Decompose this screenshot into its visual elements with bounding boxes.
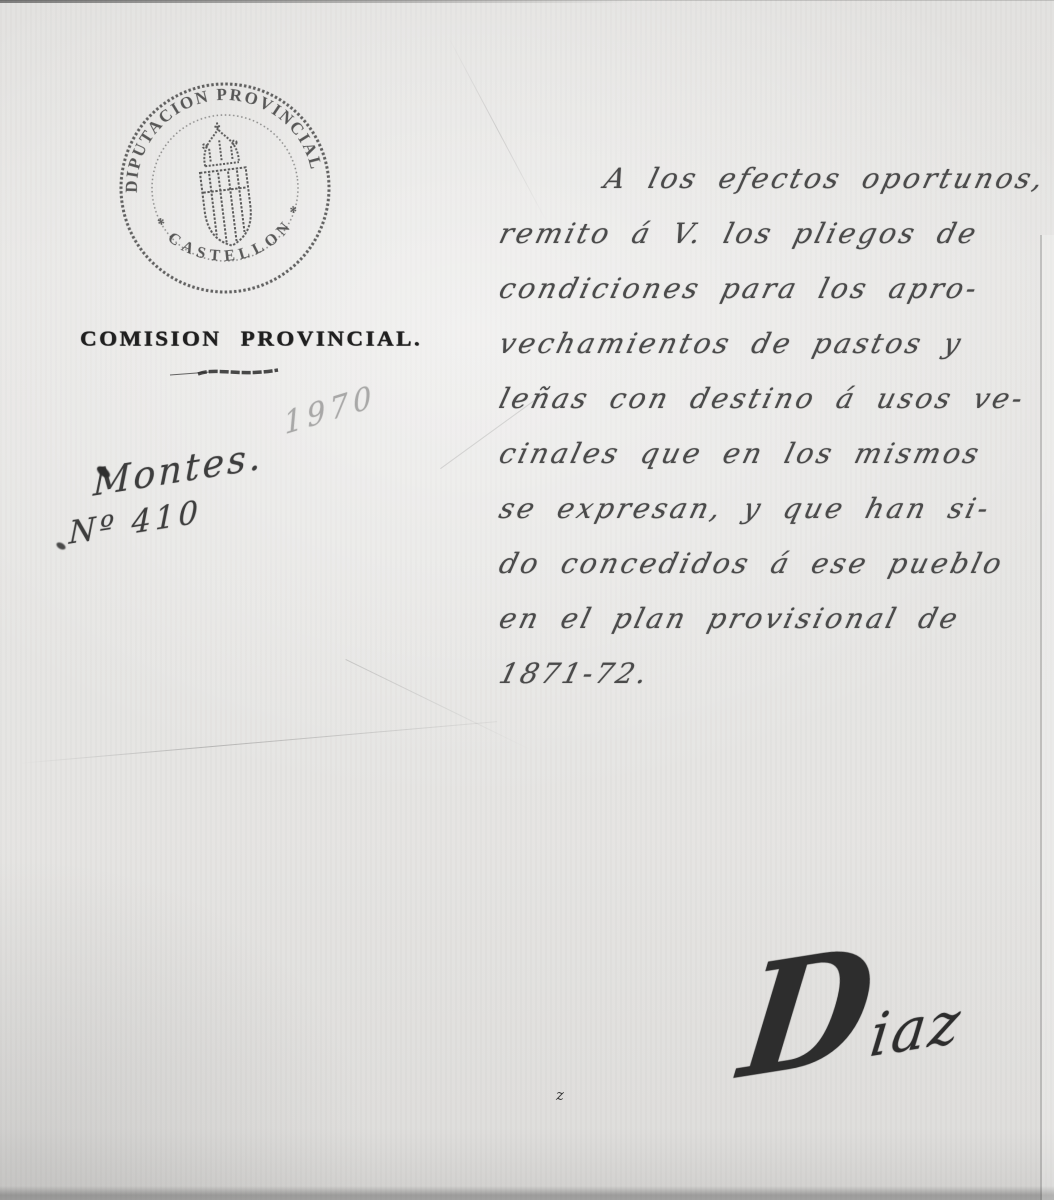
body-line: condiciones para los apro- (500, 272, 1045, 327)
svg-text:* CASTELLON *: * CASTELLON * (148, 197, 313, 274)
handwritten-subject: Montes. (93, 434, 264, 505)
letterhead-title: COMISION PROVINCIAL. (80, 327, 380, 351)
provincial-seal-stamp: DIPUTACION PROVINCIAL * CASTELLON * (96, 55, 354, 321)
ink-blot (55, 541, 67, 551)
body-line: vechamientos de pastos y (500, 327, 1045, 382)
body-line: en el plan provisional de (500, 602, 1045, 657)
scan-top-edge-shadow (0, 0, 632, 3)
seal-ring-text-bottom: * CASTELLON * (148, 197, 313, 274)
body-line: leñas con destino á usos ve- (500, 382, 1045, 437)
handwritten-registry-number: 1970 (283, 379, 378, 443)
letterhead-flourish (168, 364, 283, 380)
scan-bottom-edge-shadow (0, 1186, 1054, 1200)
seal-outer-ring (109, 72, 341, 304)
body-line: do concedidos á ese pueblo (500, 547, 1045, 602)
body-line: se expresan, y que han si- (500, 492, 1045, 547)
body-line: 1871-72. (500, 657, 1045, 712)
signature: Diaz (730, 901, 981, 1110)
paper-crease (19, 721, 497, 764)
shield-icon (200, 167, 255, 248)
signature-name: Diaz (732, 897, 977, 1114)
handwritten-body: A los efectos oportunos, remito á V. los… (500, 162, 1045, 712)
crown-icon (200, 120, 239, 166)
body-line: remito á V. los pliegos de (500, 217, 1045, 272)
body-line: A los efectos oportunos, (500, 162, 1045, 217)
handwritten-file-number: Nº 410 (69, 494, 203, 552)
scanned-letter-page: DIPUTACION PROVINCIAL * CASTELLON * COMI… (0, 0, 1054, 1200)
body-line: cinales que en los mismos (500, 437, 1045, 492)
stray-pen-mark: z (556, 1086, 564, 1104)
